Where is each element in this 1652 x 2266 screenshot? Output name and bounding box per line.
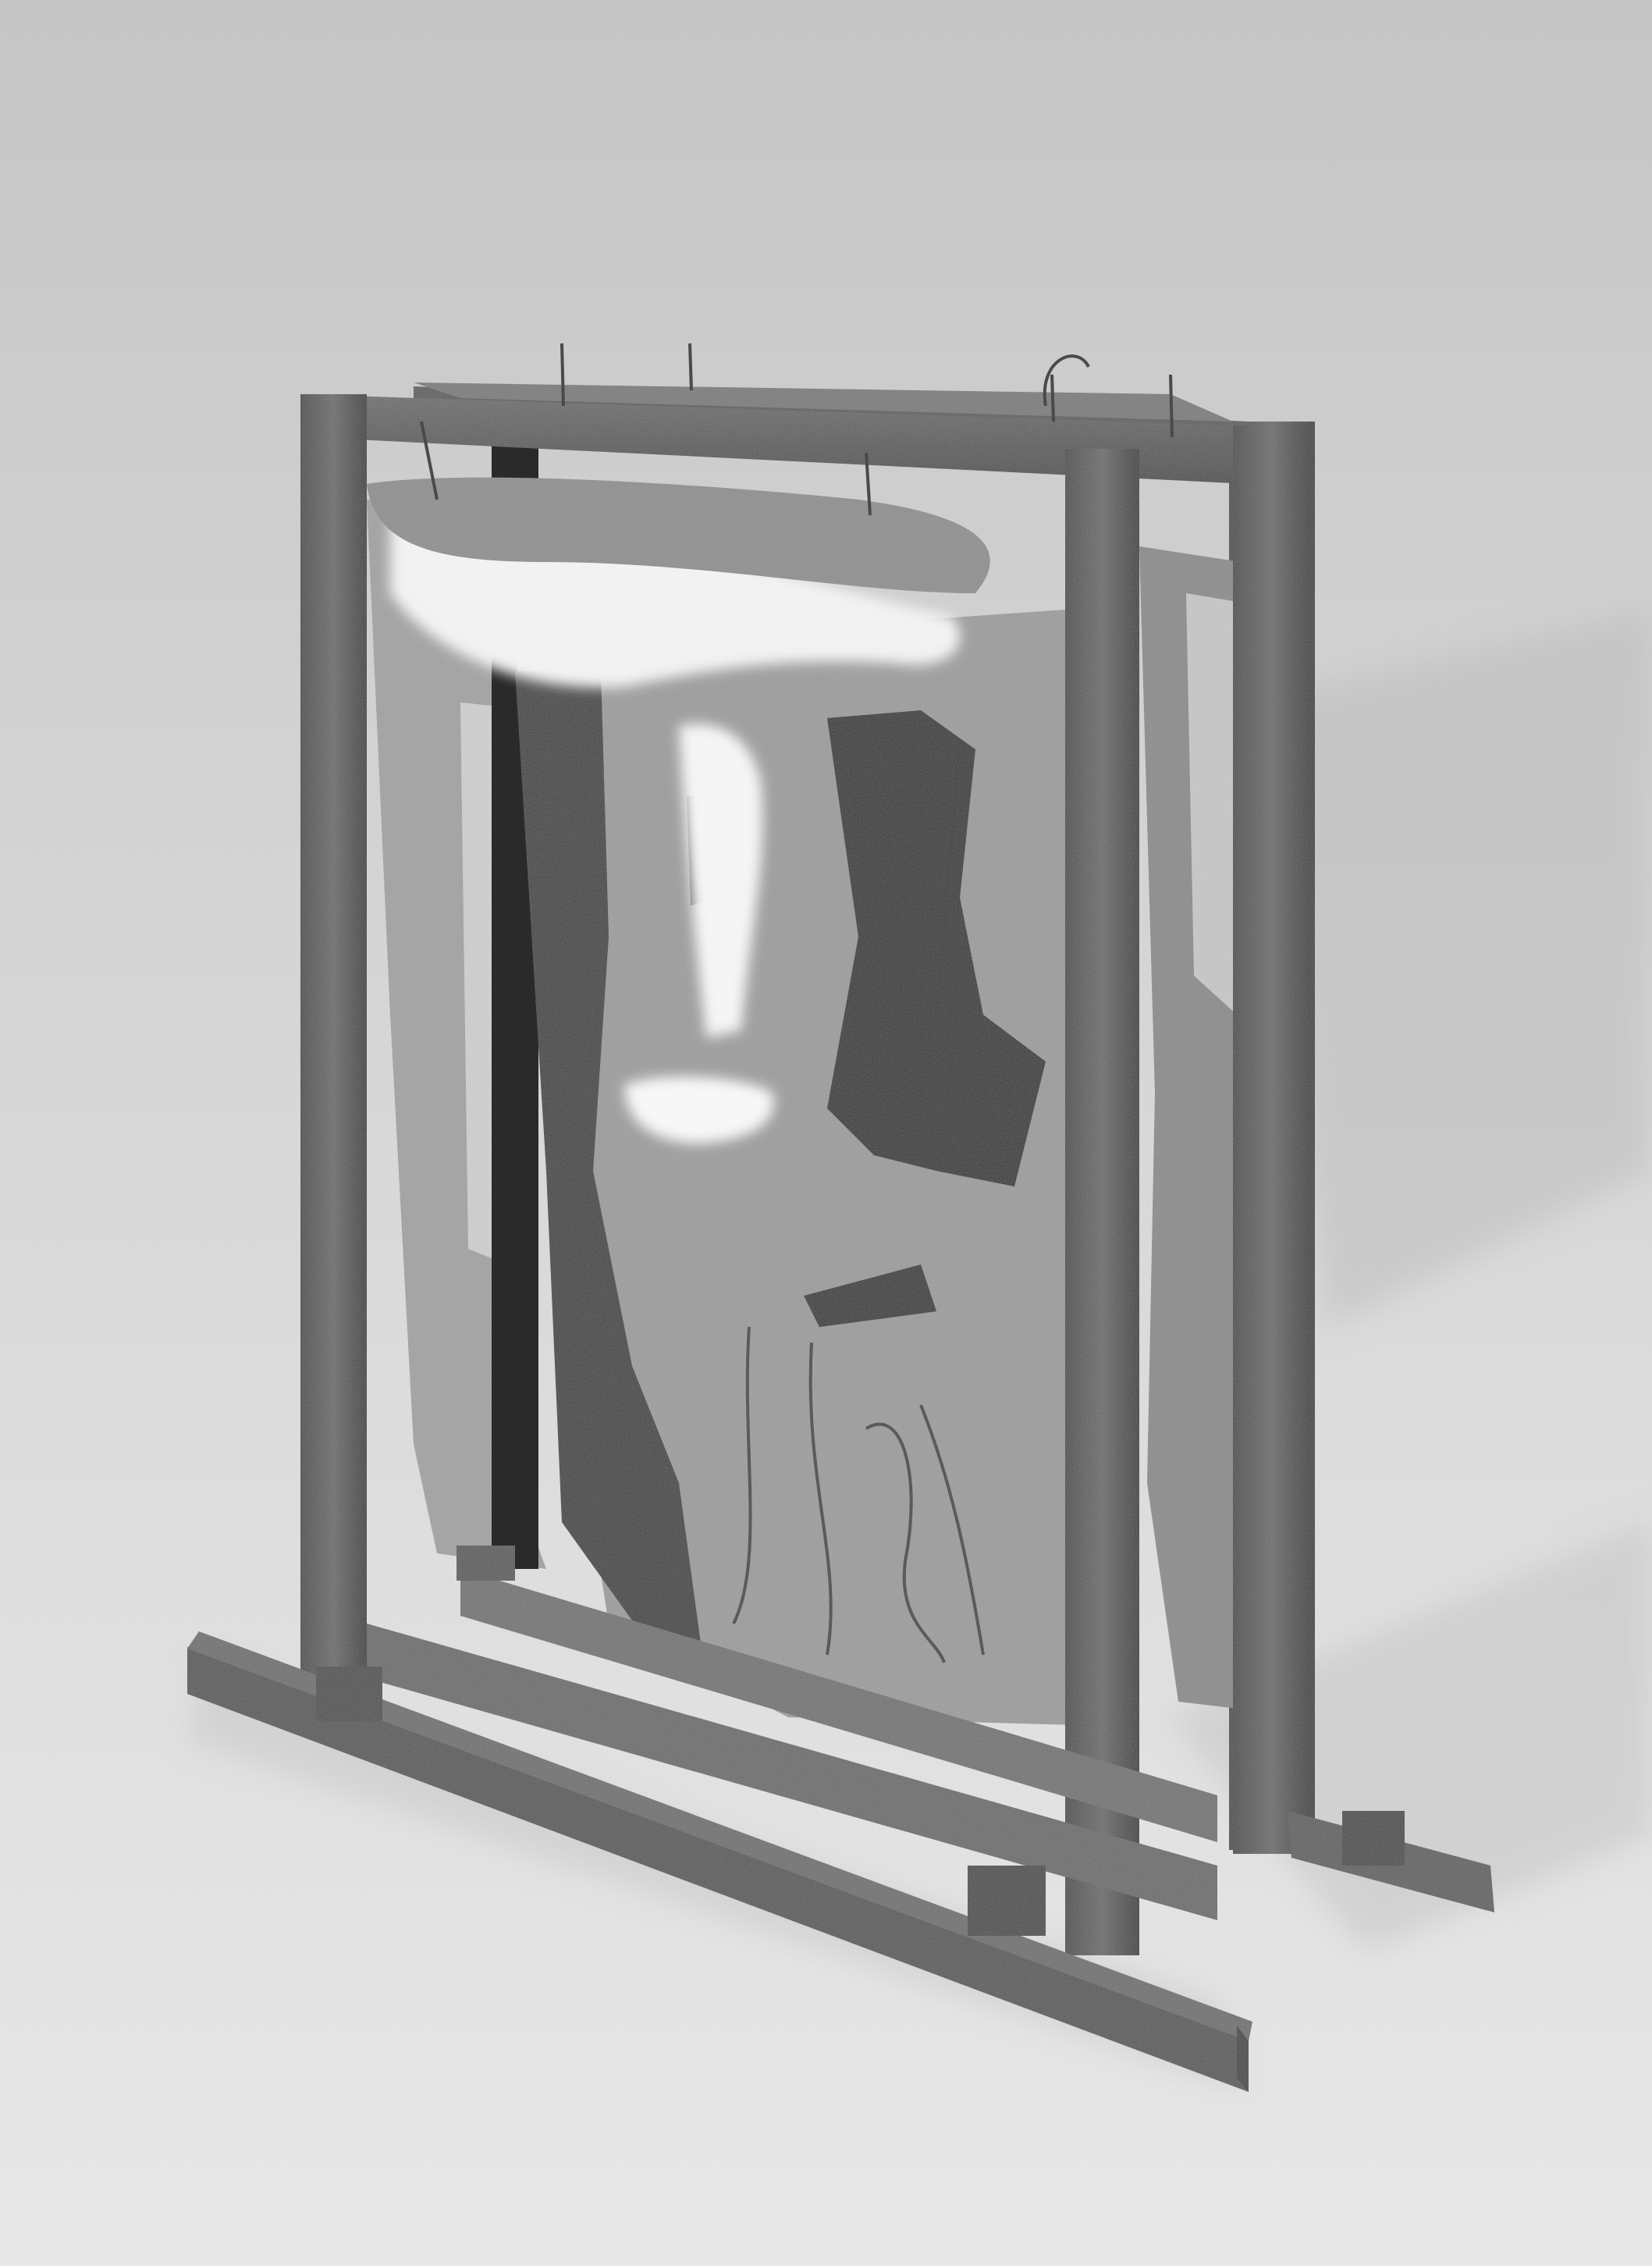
front-right-post xyxy=(1065,449,1139,1955)
main-paper-sheet xyxy=(515,609,1077,1725)
front-left-post xyxy=(300,394,367,1686)
rear-right-post xyxy=(1233,425,1311,1854)
rear-paper-sheet xyxy=(1139,546,1245,1709)
photograph xyxy=(0,0,1652,2266)
